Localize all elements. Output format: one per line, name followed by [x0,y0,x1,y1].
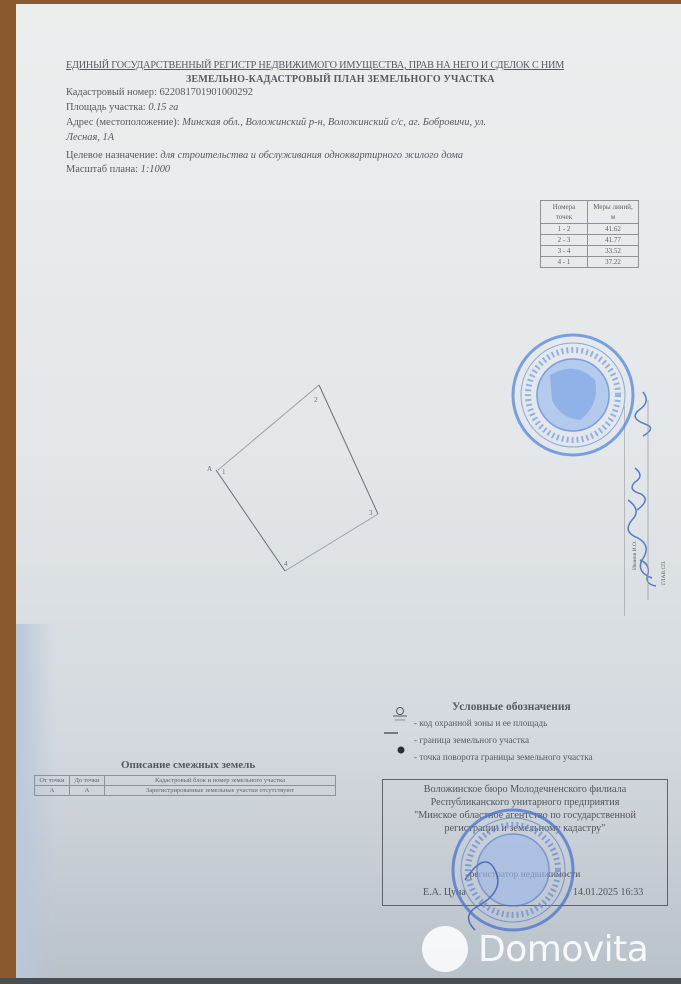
watermark-logo-icon [422,926,468,972]
point-label-2: 2 [314,396,318,404]
official-stamp-bottom [453,810,573,930]
adjacent-marker: А [207,465,212,473]
point-label-4: 4 [284,560,288,568]
land-plot-boundary [216,385,378,571]
side-signature-name: Иванов И.О. [632,540,638,570]
turning-point-icon [398,747,405,754]
page-bottom-edge [0,978,681,984]
point-label-3: 3 [369,509,373,517]
protection-zone-icon [393,708,407,721]
point-label-1: 1 [222,468,226,476]
plan-drawing: 1 2 3 4 А Иванов И.О. ГЛАВ.СП. [0,0,681,984]
watermark: Domovita [422,925,648,973]
watermark-text: Domovita [478,929,648,970]
official-stamp-top [513,335,633,455]
side-signature-label: ГЛАВ.СП. [661,560,667,585]
